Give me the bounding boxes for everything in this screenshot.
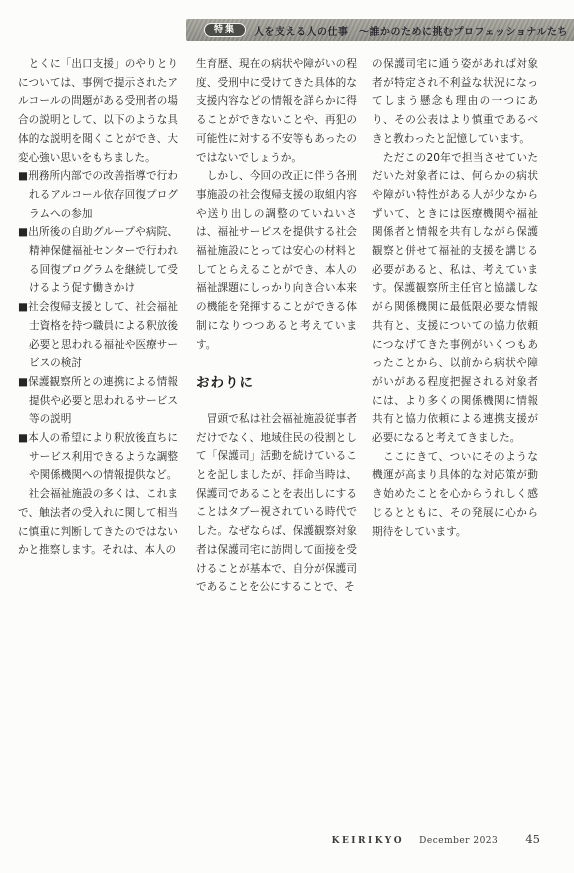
bullet-item: ■本人の希望により釈放後直ちにサービス利用できるような調整や関係機関への情報提供… (18, 429, 178, 485)
page-number: 45 (525, 832, 540, 846)
page-header-band: 特集 人を支える人の仕事 〜誰かのために挑むプロフェッショナルたち (186, 19, 574, 41)
middle-column: 生育歴、現在の病状や障がいの程度、受刑中に受けてきた具体的な支援内容などの情報を… (196, 55, 357, 597)
paragraph: の保護司宅に通う姿があれば対象者が特定され不利益な状況になってしまう懸念も理由の… (372, 55, 538, 149)
bullet-item: ■出所後の自助グループや病院、精神保健福祉センターで行われる回復プログラムを継続… (18, 223, 178, 298)
page-footer: KEIRIKYO December 2023 45 (0, 828, 540, 847)
section-heading-owarini: おわりに (196, 374, 357, 393)
left-column: とくに「出口支援」のやりとりについては、事例で提示されたアルコールの問題がある受… (18, 55, 178, 560)
paragraph: 社会福祉施設の多くは、これまで、触法者の受入れに関して相当に慎重に判断してきたの… (18, 485, 178, 560)
paragraph: ここにきて、ついにそのような機運が高まり具体的な対応策が動き始めたことを心からう… (372, 448, 538, 542)
header-title: 人を支える人の仕事 〜誰かのために挑むプロフェッショナルたち (254, 23, 568, 38)
issue-date: December 2023 (419, 836, 498, 846)
feature-badge: 特集 (204, 23, 246, 37)
bullet-item: ■社会復帰支援として、社会福祉士資格を持つ職員による釈放後必要と思われる福祉や医… (18, 298, 178, 373)
paragraph: 冒頭で私は社会福祉施設従事者だけでなく、地域住民の役割として「保護司」活動を続け… (196, 410, 357, 597)
paragraph: しかし、今回の改正に伴う各刑事施設の社会復帰支援の取組内容や送り出しの調整のてい… (196, 167, 357, 354)
paragraph: とくに「出口支援」のやりとりについては、事例で提示されたアルコールの問題がある受… (18, 55, 178, 167)
journal-name: KEIRIKYO (332, 836, 404, 846)
paragraph: 生育歴、現在の病状や障がいの程度、受刑中に受けてきた具体的な支援内容などの情報を… (196, 55, 357, 167)
bullet-list: ■刑務所内部での改善指導で行われるアルコール依存回復プログラムへの参加 ■出所後… (18, 167, 178, 485)
bullet-item: ■保護観察所との連携による情報提供や必要と思われるサービス等の説明 (18, 373, 178, 429)
bullet-item: ■刑務所内部での改善指導で行われるアルコール依存回復プログラムへの参加 (18, 167, 178, 223)
right-column: の保護司宅に通う姿があれば対象者が特定され不利益な状況になってしまう懸念も理由の… (372, 55, 538, 541)
paragraph: ただこの20年で担当させていただいた対象者には、何らかの病状や障がい特性がある人… (372, 149, 538, 448)
